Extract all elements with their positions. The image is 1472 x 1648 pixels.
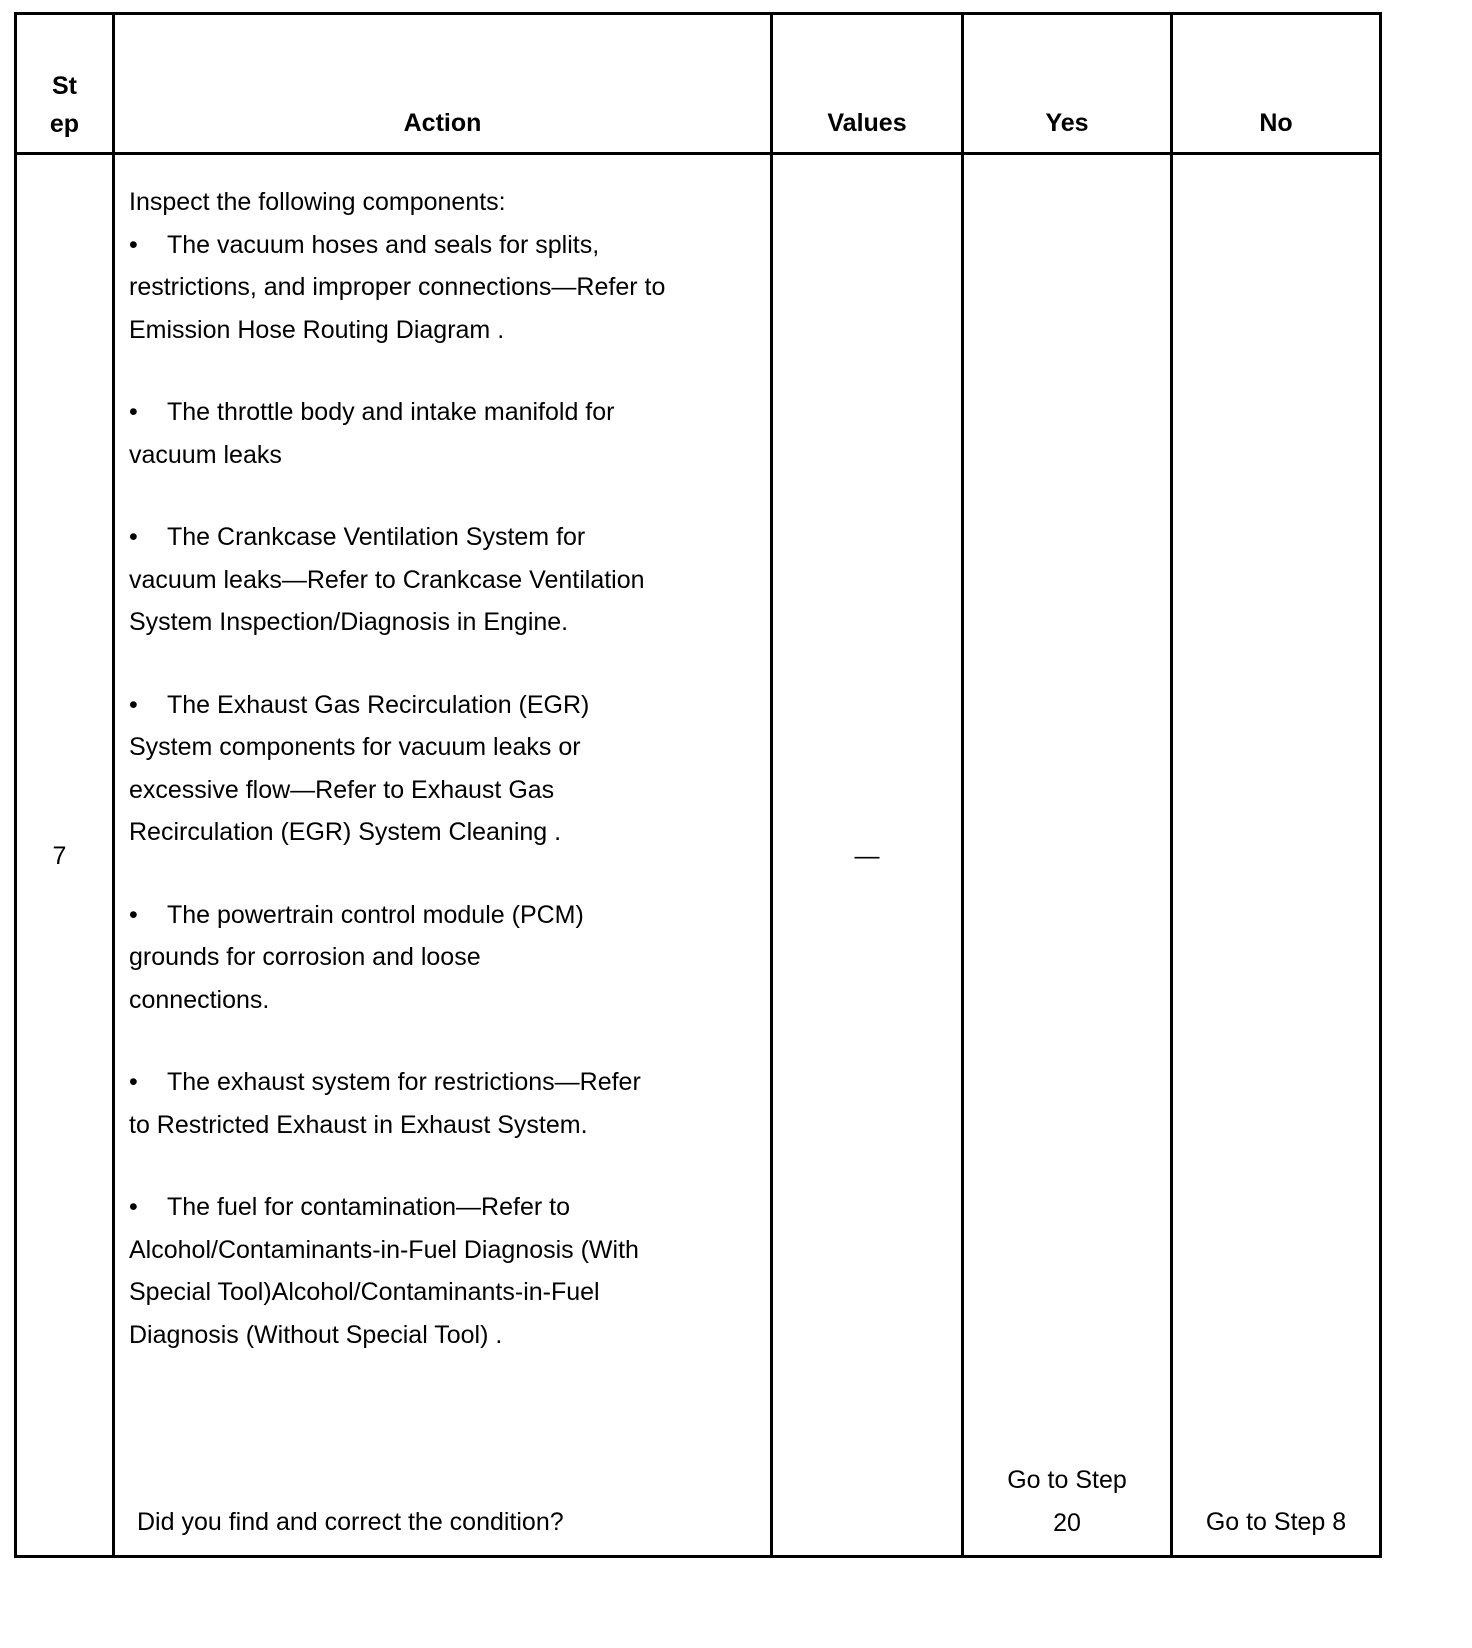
action-list-item-line: Alcohol/Contaminants-in-Fuel Diagnosis (…	[129, 1229, 729, 1272]
action-list-item-line: Recirculation (EGR) System Cleaning .	[129, 811, 729, 854]
bullet-icon: •	[129, 1061, 167, 1104]
column-divider	[112, 15, 115, 1555]
action-list-item: •The exhaust system for restrictions—Ref…	[129, 1061, 729, 1146]
action-question: Did you find and correct the condition?	[137, 1501, 757, 1544]
action-list-item-line: grounds for corrosion and loose	[129, 936, 729, 979]
action-list-item-line: •The Exhaust Gas Recirculation (EGR)	[129, 684, 729, 727]
bullet-icon: •	[129, 516, 167, 559]
bullet-icon: •	[129, 391, 167, 434]
action-list-item-line: to Restricted Exhaust in Exhaust System.	[129, 1104, 729, 1147]
action-list-item-line: vacuum leaks—Refer to Crankcase Ventilat…	[129, 559, 729, 602]
column-divider	[1170, 15, 1173, 1555]
yes-cell: Go to Step 20	[964, 1459, 1170, 1544]
action-list-item: •The powertrain control module (PCM)grou…	[129, 894, 729, 1022]
action-list-item-line: connections.	[129, 979, 729, 1022]
action-list-item: •The Crankcase Ventilation System forvac…	[129, 516, 729, 644]
action-list-item-line: excessive flow—Refer to Exhaust Gas	[129, 769, 729, 812]
action-list-item: •The fuel for contamination—Refer toAlco…	[129, 1186, 729, 1356]
action-list-item-line: Special Tool)Alcohol/Contaminants-in-Fue…	[129, 1271, 729, 1314]
action-list-item-line: •The powertrain control module (PCM)	[129, 894, 729, 937]
step-number: 7	[17, 835, 102, 878]
header-action: Action	[115, 104, 770, 142]
bullet-icon: •	[129, 224, 167, 267]
bullet-icon: •	[129, 894, 167, 937]
action-list-item-line: vacuum leaks	[129, 434, 729, 477]
yes-cell-line1: Go to Step	[964, 1459, 1170, 1502]
yes-cell-line2: 20	[964, 1502, 1170, 1545]
action-list-item-line: •The vacuum hoses and seals for splits,	[129, 224, 729, 267]
column-divider	[770, 15, 773, 1555]
column-divider	[961, 15, 964, 1555]
action-list-item-line: •The exhaust system for restrictions—Ref…	[129, 1061, 729, 1104]
header-values: Values	[773, 104, 961, 142]
bullet-icon: •	[129, 684, 167, 727]
action-intro: Inspect the following components:	[129, 181, 729, 224]
diagnostic-table: St ep Action Values Yes No 7 Inspect the…	[14, 12, 1382, 1558]
action-list-item: •The vacuum hoses and seals for splits,r…	[129, 224, 729, 352]
action-list-item-line: •The fuel for contamination—Refer to	[129, 1186, 729, 1229]
action-list-item-line: Diagnosis (Without Special Tool) .	[129, 1314, 729, 1357]
action-list-item-line: •The throttle body and intake manifold f…	[129, 391, 729, 434]
action-list-item-line: System Inspection/Diagnosis in Engine.	[129, 601, 729, 644]
action-list-item-line: restrictions, and improper connections—R…	[129, 266, 729, 309]
action-list-item-line: •The Crankcase Ventilation System for	[129, 516, 729, 559]
header-no: No	[1173, 104, 1379, 142]
action-list-item: •The throttle body and intake manifold f…	[129, 391, 729, 476]
header-step: St ep	[17, 67, 112, 143]
action-list-item: •The Exhaust Gas Recirculation (EGR)Syst…	[129, 684, 729, 854]
action-list-item-line: Emission Hose Routing Diagram .	[129, 309, 729, 352]
action-cell: Inspect the following components: •The v…	[129, 181, 729, 1396]
no-cell: Go to Step 8	[1173, 1501, 1379, 1544]
header-yes: Yes	[964, 104, 1170, 142]
bullet-icon: •	[129, 1186, 167, 1229]
values-cell: —	[773, 835, 961, 878]
header-divider	[17, 152, 1379, 155]
action-list-item-line: System components for vacuum leaks or	[129, 726, 729, 769]
